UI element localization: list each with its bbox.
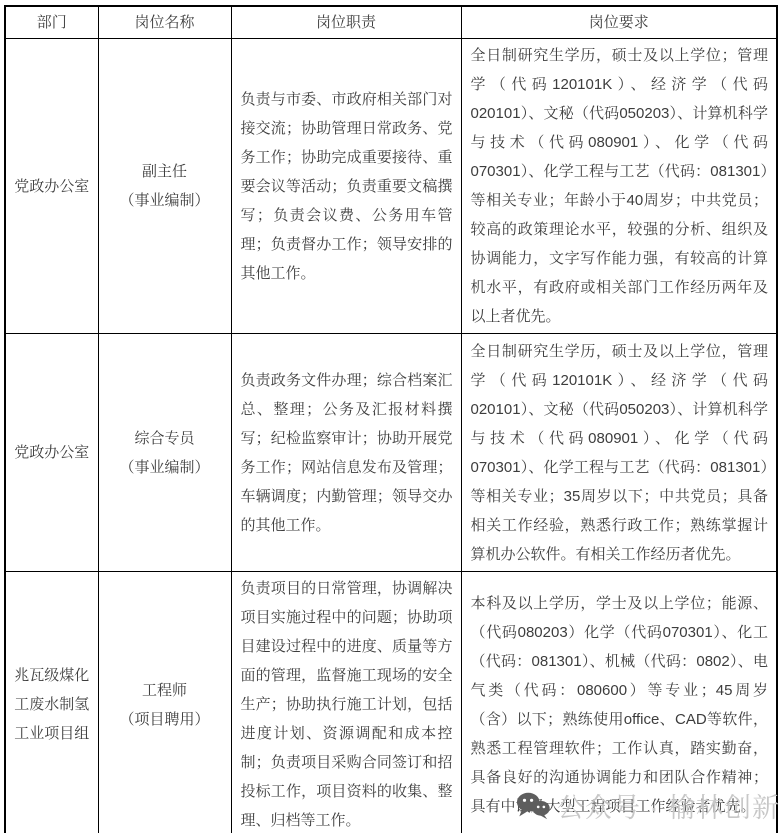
header-duties: 岗位职责 <box>231 6 461 39</box>
position-name: 综合专员 <box>107 424 223 453</box>
header-row: 部门 岗位名称 岗位职责 岗位要求 <box>5 6 777 39</box>
requirements-cell: 全日制研究生学历，硕士及以上学位；管理学（代码120101K）、经济学（代码02… <box>461 39 777 334</box>
position-name: 副主任 <box>107 157 223 186</box>
duties-cell: 负责政务文件办理；综合档案汇总、整理；公务及汇报材料撰写；纪检监察审计；协助开展… <box>231 334 461 572</box>
header-department: 部门 <box>5 6 98 39</box>
job-positions-table: 部门 岗位名称 岗位职责 岗位要求 党政办公室 副主任 （事业编制） 负责与市委… <box>4 5 778 833</box>
table-row-engineer: 兆瓦级煤化工废水制氢工业项目组 工程师 （项目聘用） 负责项目的日常管理，协调解… <box>5 572 777 833</box>
duties-cell: 负责与市委、市政府相关部门对接交流；协助管理日常政务、党务工作；协助完成重要接待… <box>231 39 461 334</box>
position-cell: 副主任 （事业编制） <box>98 39 231 334</box>
requirements-cell: 本科及以上学历，学士及以上学位；能源、（代码080203）化学（代码070301… <box>461 572 777 833</box>
position-name: 工程师 <box>107 676 223 705</box>
duties-cell: 负责项目的日常管理，协调解决项目实施过程中的问题；协助项目建设过程中的进度、质量… <box>231 572 461 833</box>
department-cell: 党政办公室 <box>5 39 98 334</box>
recruitment-table-page: 部门 岗位名称 岗位职责 岗位要求 党政办公室 副主任 （事业编制） 负责与市委… <box>0 0 780 833</box>
position-cell: 综合专员 （事业编制） <box>98 334 231 572</box>
table-row-deputy-director: 党政办公室 副主任 （事业编制） 负责与市委、市政府相关部门对接交流；协助管理日… <box>5 39 777 334</box>
position-type: （事业编制） <box>107 453 223 482</box>
position-type: （事业编制） <box>107 186 223 215</box>
position-cell: 工程师 （项目聘用） <box>98 572 231 833</box>
header-position: 岗位名称 <box>98 6 231 39</box>
department-cell: 兆瓦级煤化工废水制氢工业项目组 <box>5 572 98 833</box>
table-row-general-specialist: 党政办公室 综合专员 （事业编制） 负责政务文件办理；综合档案汇总、整理；公务及… <box>5 334 777 572</box>
department-cell: 党政办公室 <box>5 334 98 572</box>
position-type: （项目聘用） <box>107 705 223 734</box>
requirements-cell: 全日制研究生学历，硕士及以上学位，管理学（代码120101K）、经济学（代码02… <box>461 334 777 572</box>
header-requirements: 岗位要求 <box>461 6 777 39</box>
